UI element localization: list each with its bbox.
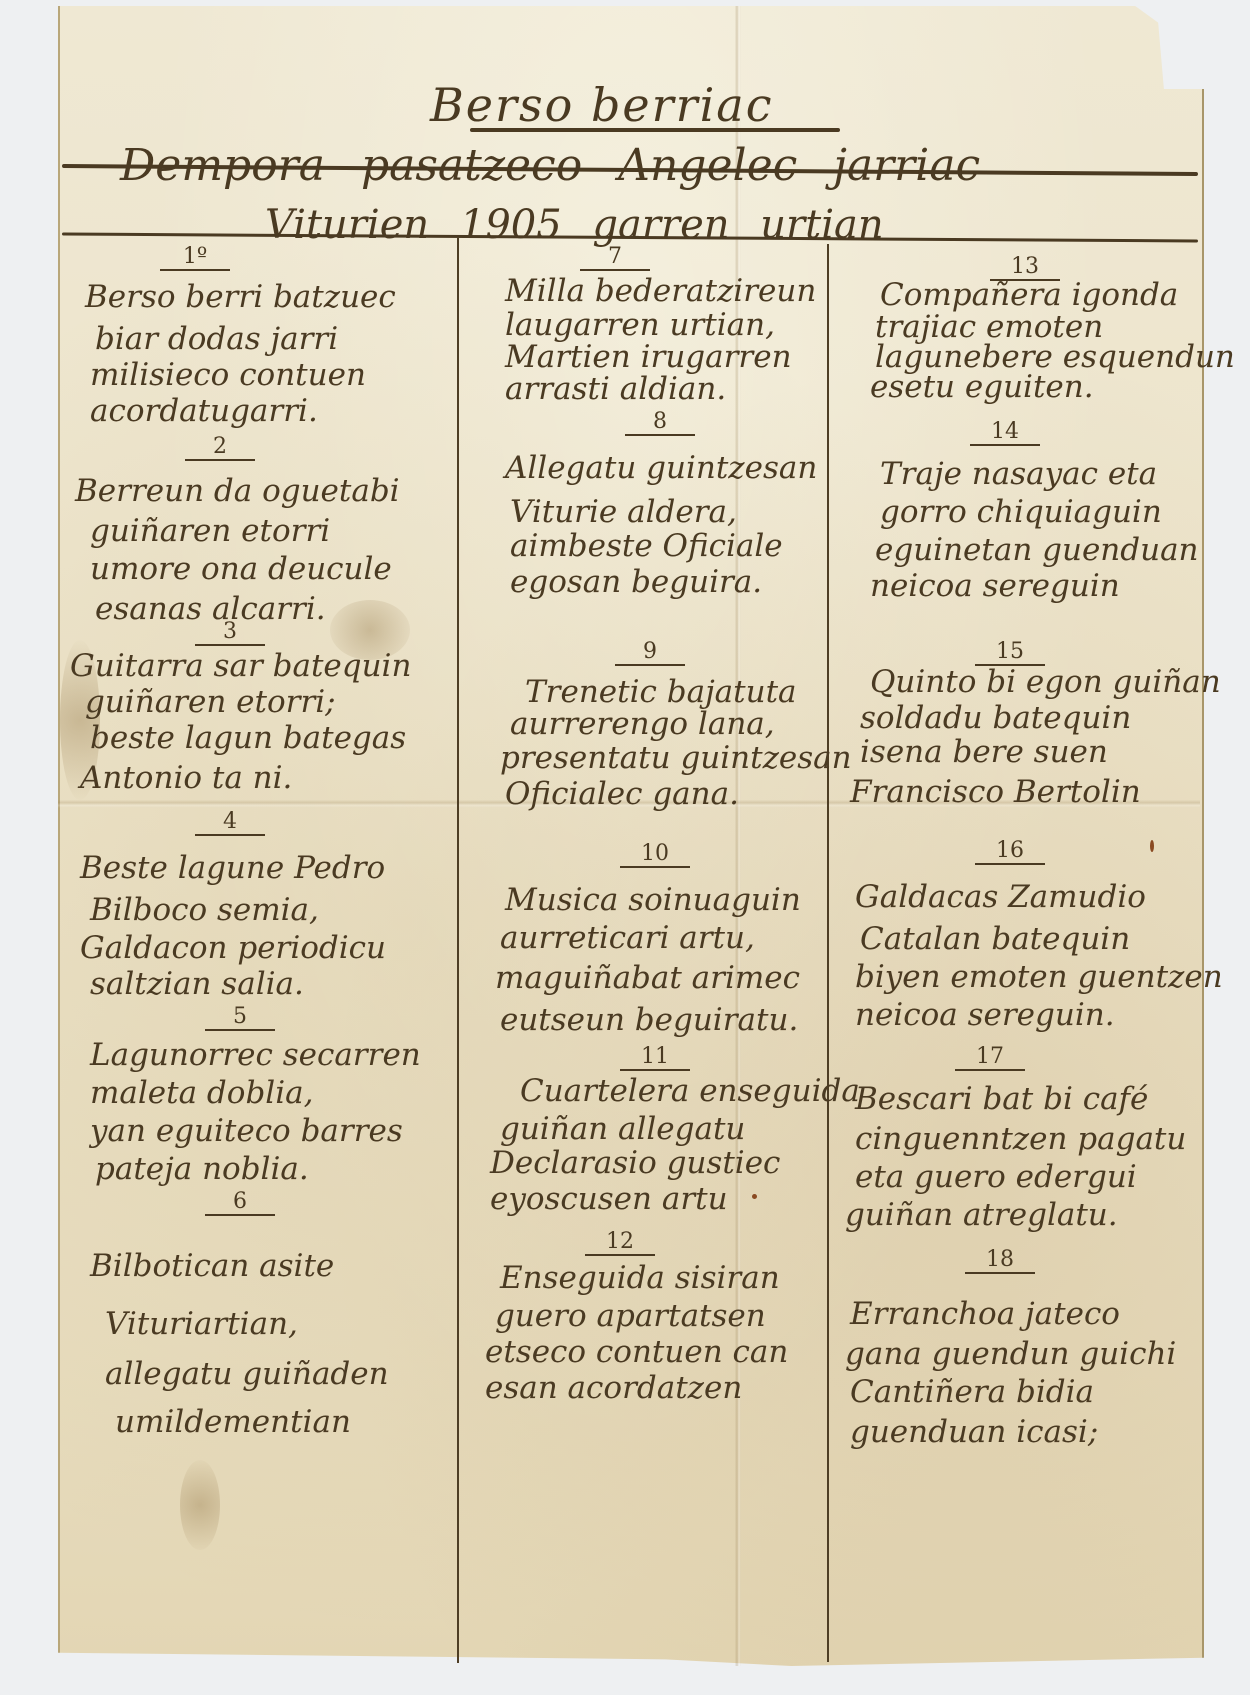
stanza-number: 7: [580, 245, 650, 271]
verse-line: guiñaren etorri: [90, 513, 330, 549]
verse-line: neicoa sereguin: [870, 568, 1120, 604]
verse-line: Milla bederatzireun: [505, 273, 816, 309]
verse-line: egosan beguira.: [510, 564, 762, 600]
document-title: Berso berriac: [430, 78, 774, 132]
verse-line: Vituriartian,: [105, 1306, 298, 1342]
verse-line: Martien irugarren: [505, 339, 792, 375]
verse-line: laugarren urtian,: [505, 307, 775, 343]
verse-line: Enseguida sisiran: [500, 1260, 780, 1296]
stanza-number: 10: [620, 842, 690, 868]
verse-line: gorro chiquiaguin: [880, 494, 1162, 530]
verse-line: allegatu guiñaden: [105, 1356, 389, 1392]
stanza-number: 3: [195, 620, 265, 646]
verse-line: gana guendun guichi: [845, 1336, 1176, 1372]
verse-line: biar dodas jarri: [95, 321, 338, 357]
stanza-number: 17: [955, 1045, 1025, 1071]
verse-line: soldadu batequin: [860, 700, 1131, 736]
rust-spot: [1150, 840, 1154, 852]
verse-line: aimbeste Oficiale: [510, 528, 783, 564]
verse-line: Antonio ta ni.: [80, 760, 292, 796]
verse-line: Galdacas Zamudio: [855, 879, 1146, 915]
stanza-number: 14: [970, 420, 1040, 446]
verse-line: Traje nasayac eta: [880, 456, 1157, 492]
stanza-number: 12: [585, 1230, 655, 1256]
verse-line: Bescari bat bi café: [855, 1081, 1148, 1117]
verse-line: Lagunorrec secarren: [90, 1037, 421, 1073]
rust-spot: [752, 1194, 757, 1199]
column-divider-left: [457, 238, 459, 1663]
verse-line: Catalan batequin: [860, 921, 1130, 957]
verse-line: Berso berri batzuec: [85, 279, 396, 315]
ink-stain: [180, 1460, 220, 1550]
verse-line: eguinetan guenduan: [875, 532, 1199, 568]
verse-line: Bilbotican asite: [90, 1248, 334, 1284]
verse-line: maguiñabat arimec: [495, 960, 800, 996]
verse-line: eta guero edergui: [855, 1159, 1137, 1195]
verse-line: eyoscusen artu: [490, 1181, 728, 1217]
verse-line: acordatugarri.: [90, 393, 318, 429]
verse-line: Francisco Bertolin: [850, 774, 1141, 810]
verse-line: Trenetic bajatuta: [525, 674, 797, 710]
verse-line: aurrerengo lana,: [510, 706, 775, 742]
verse-line: esetu eguiten.: [870, 369, 1094, 405]
verse-line: arrasti aldian.: [505, 371, 726, 407]
stanza-number: 18: [965, 1248, 1035, 1274]
stanza-number: 9: [615, 640, 685, 666]
title-underline: [470, 128, 840, 132]
verse-line: presentatu guintzesan: [500, 740, 852, 776]
vertical-fold-crease: [735, 6, 741, 1666]
verse-line: Erranchoa jateco: [850, 1296, 1120, 1332]
verse-line: Guitarra sar batequin: [70, 648, 411, 684]
verse-line: milisieco contuen: [90, 357, 366, 393]
stanza-number: 6: [205, 1190, 275, 1216]
verse-line: eutseun beguiratu.: [500, 1002, 798, 1038]
verse-line: Galdacon periodicu: [80, 930, 386, 966]
verse-line: Declarasio gustiec: [490, 1145, 780, 1181]
verse-line: biyen emoten guentzen: [855, 959, 1223, 995]
verse-line: Cuartelera enseguida: [520, 1073, 860, 1109]
verse-line: neicoa sereguin.: [855, 997, 1115, 1033]
verse-line: isena bere suen: [860, 734, 1108, 770]
verse-line: pateja noblia.: [95, 1151, 309, 1187]
stanza-number: 5: [205, 1005, 275, 1031]
verse-line: aurreticari artu,: [500, 920, 755, 956]
verse-line: Compañera igonda: [880, 277, 1178, 313]
verse-line: Cantiñera bidia: [850, 1374, 1094, 1410]
stanza-number: 11: [620, 1045, 690, 1071]
verse-line: esan acordatzen: [485, 1370, 742, 1406]
verse-line: guiñan allegatu: [500, 1111, 745, 1147]
verse-line: Allegatu guintzesan: [505, 450, 817, 486]
verse-line: etseco contuen can: [485, 1334, 788, 1370]
stanza-number: 2: [185, 435, 255, 461]
verse-line: Musica soinuaguin: [505, 882, 801, 918]
stanza-number: 8: [625, 410, 695, 436]
verse-line: cinguenntzen pagatu: [855, 1121, 1186, 1157]
verse-line: guero apartatsen: [495, 1298, 766, 1334]
verse-line: Bilboco semia,: [90, 892, 319, 928]
document-dateline: Viturien 1905 garren urtian: [265, 202, 884, 248]
verse-line: beste lagun bategas: [90, 720, 406, 756]
verse-line: guenduan icasi;: [850, 1414, 1098, 1450]
verse-line: saltzian salia.: [90, 966, 304, 1002]
verse-line: maleta doblia,: [90, 1075, 313, 1111]
stanza-number: 15: [975, 640, 1045, 666]
verse-line: umildementian: [115, 1404, 351, 1440]
verse-line: guiñan atreglatu.: [845, 1197, 1118, 1233]
column-divider-right: [827, 244, 829, 1662]
stanza-number: 16: [975, 839, 1045, 865]
verse-line: Viturie aldera,: [510, 494, 737, 530]
stanza-number: 4: [195, 810, 265, 836]
verse-line: Berreun da oguetabi: [75, 473, 400, 509]
verse-line: umore ona deucule: [90, 551, 392, 587]
verse-line: guiñaren etorri;: [85, 684, 336, 720]
verse-line: Beste lagune Pedro: [80, 850, 385, 886]
stanza-number: 1º: [160, 245, 230, 271]
verse-line: Oficialec gana.: [505, 776, 739, 812]
verse-line: Quinto bi egon guiñan: [870, 664, 1221, 700]
verse-line: yan eguiteco barres: [90, 1113, 403, 1149]
